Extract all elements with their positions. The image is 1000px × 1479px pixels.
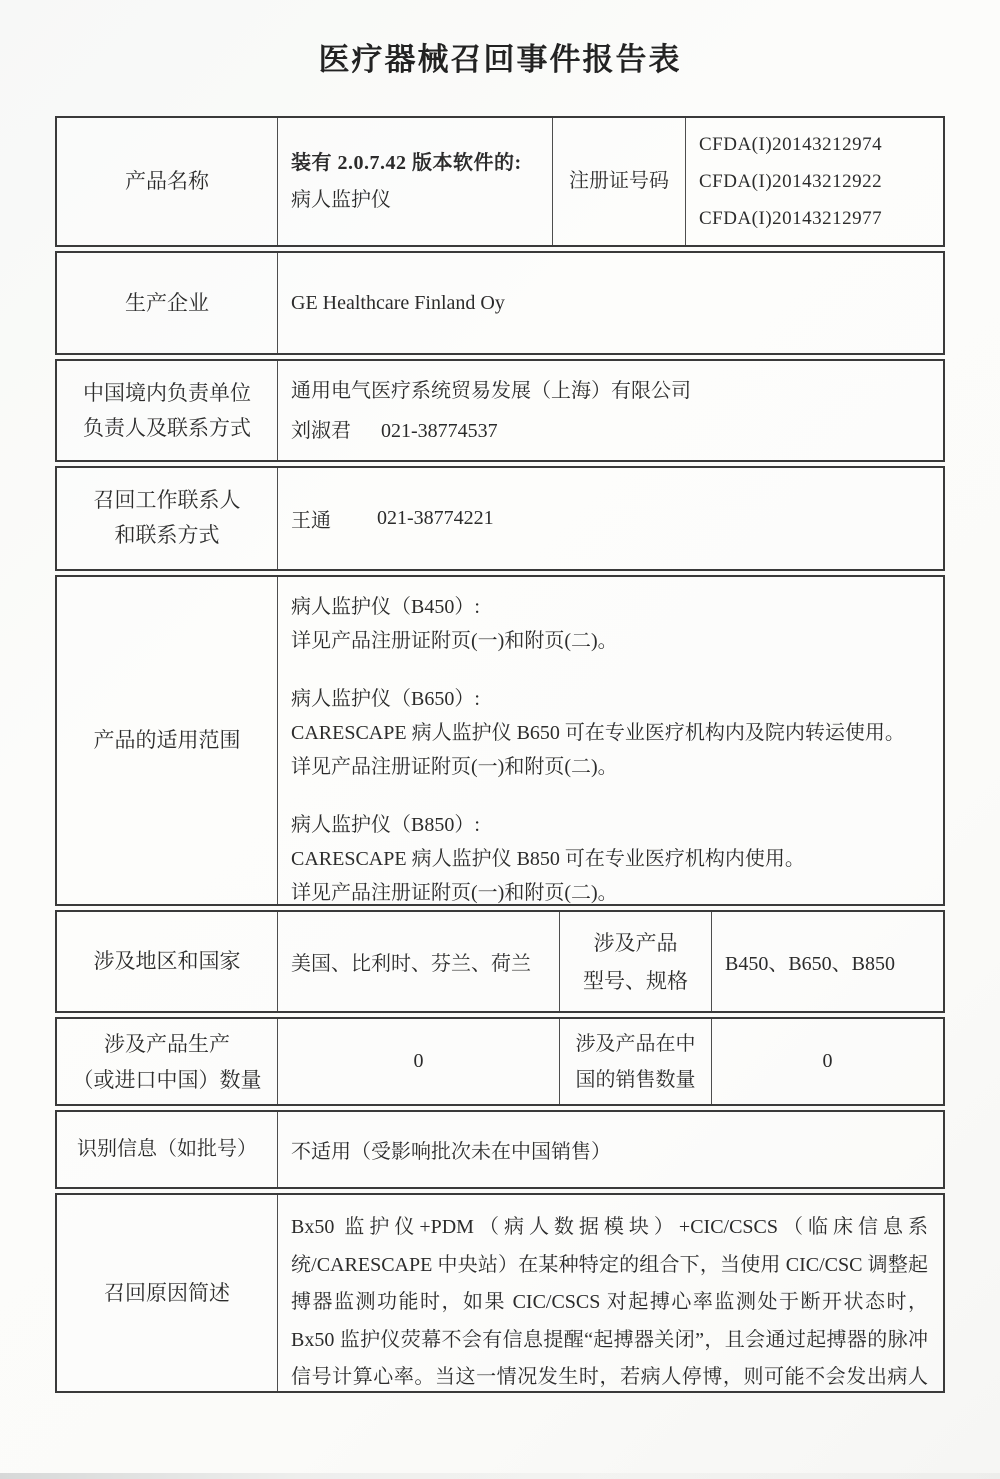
scope-line: 详见产品注册证附页(一)和附页(二)。 <box>291 750 933 784</box>
table-row-regions: 涉及地区和国家 美国、比利时、芬兰、荷兰 涉及产品 型号、规格 B450、B65… <box>55 910 945 1013</box>
recall-contact-phone: 021-38774221 <box>377 507 494 530</box>
production-qty-label-line1: 涉及产品生产 <box>104 1026 230 1062</box>
reason-value: Bx50 监护仪+PDM（病人数据模块）+CIC/CSCS（临床信息系统/CAR… <box>277 1195 943 1391</box>
product-name-label: 产品名称 <box>57 118 277 245</box>
recall-contact-label: 召回工作联系人 和联系方式 <box>57 468 277 569</box>
scope-line <box>291 658 933 682</box>
scope-value: 病人监护仪（B450）: 详见产品注册证附页(一)和附页(二)。 病人监护仪（B… <box>277 577 943 904</box>
recall-contact-label-line1: 召回工作联系人 <box>94 483 241 518</box>
models-label: 涉及产品 型号、规格 <box>559 912 711 1011</box>
regions-label: 涉及地区和国家 <box>57 912 277 1011</box>
table-row-china-agent: 中国境内负责单位 负责人及联系方式 通用电气医疗系统贸易发展（上海）有限公司 刘… <box>55 359 945 462</box>
registration-number: CFDA(I)20143212922 <box>699 163 943 200</box>
recall-contact-value: 王通021-38774221 <box>277 468 943 569</box>
reason-label: 召回原因简述 <box>57 1195 277 1391</box>
china-agent-contact: 刘淑君021-38774537 <box>291 411 943 451</box>
scanned-report-page: 医疗器械召回事件报告表 产品名称 装有 2.0.7.42 版本软件的: 病人监护… <box>0 0 1000 1479</box>
china-agent-value: 通用电气医疗系统贸易发展（上海）有限公司 刘淑君021-38774537 <box>277 361 943 460</box>
table-row-quantities: 涉及产品生产 （或进口中国）数量 0 涉及产品在中 国的销售数量 0 <box>55 1017 945 1106</box>
models-value: B450、B650、B850 <box>711 912 943 1011</box>
recall-report-table: 产品名称 装有 2.0.7.42 版本软件的: 病人监护仪 注册证号码 CFDA… <box>55 116 945 1393</box>
table-row-reason: 召回原因简述 Bx50 监护仪+PDM（病人数据模块）+CIC/CSCS（临床信… <box>55 1193 945 1393</box>
sales-qty-label-line1: 涉及产品在中 <box>576 1026 696 1062</box>
china-agent-label-line2: 负责人及联系方式 <box>83 411 251 446</box>
table-row-recall-contact: 召回工作联系人 和联系方式 王通021-38774221 <box>55 466 945 571</box>
production-qty-label-line2: （或进口中国）数量 <box>73 1062 262 1098</box>
identification-label: 识别信息（如批号） <box>57 1112 277 1187</box>
identification-value: 不适用（受影响批次未在中国销售） <box>277 1112 943 1187</box>
table-row-identification: 识别信息（如批号） 不适用（受影响批次未在中国销售） <box>55 1110 945 1189</box>
models-label-line2: 型号、规格 <box>583 962 688 1000</box>
scope-label: 产品的适用范围 <box>57 577 277 904</box>
product-name-value: 装有 2.0.7.42 版本软件的: 病人监护仪 <box>277 118 552 245</box>
production-qty-label: 涉及产品生产 （或进口中国）数量 <box>57 1019 277 1104</box>
china-agent-label: 中国境内负责单位 负责人及联系方式 <box>57 361 277 460</box>
scope-line <box>291 784 933 808</box>
manufacturer-label: 生产企业 <box>57 253 277 353</box>
product-type: 病人监护仪 <box>291 182 552 219</box>
production-qty-value: 0 <box>277 1019 559 1104</box>
scope-line: CARESCAPE 病人监护仪 B850 可在专业医疗机构内使用。 <box>291 842 933 876</box>
regions-value: 美国、比利时、芬兰、荷兰 <box>277 912 559 1011</box>
sales-qty-label: 涉及产品在中 国的销售数量 <box>559 1019 711 1104</box>
scope-line: 病人监护仪（B650）: <box>291 682 933 716</box>
registration-number: CFDA(I)20143212977 <box>699 200 943 237</box>
scope-line: 详见产品注册证附页(一)和附页(二)。 <box>291 876 933 904</box>
recall-contact-label-line2: 和联系方式 <box>115 518 220 553</box>
registration-numbers: CFDA(I)20143212974 CFDA(I)20143212922 CF… <box>685 118 943 245</box>
scope-line: 详见产品注册证附页(一)和附页(二)。 <box>291 624 933 658</box>
table-row-scope: 产品的适用范围 病人监护仪（B450）: 详见产品注册证附页(一)和附页(二)。… <box>55 575 945 906</box>
recall-contact-name: 王通 <box>291 504 331 533</box>
page-title: 医疗器械召回事件报告表 <box>0 34 1000 79</box>
models-label-line1: 涉及产品 <box>594 924 678 962</box>
scope-line: CARESCAPE 病人监护仪 B650 可在专业医疗机构内及院内转运使用。 <box>291 716 933 750</box>
scope-line: 病人监护仪（B450）: <box>291 590 933 624</box>
manufacturer-value: GE Healthcare Finland Oy <box>277 253 943 353</box>
sales-qty-value: 0 <box>711 1019 943 1104</box>
china-agent-contact-name: 刘淑君 <box>291 420 351 442</box>
registration-number-label: 注册证号码 <box>552 118 685 245</box>
product-software-version: 装有 2.0.7.42 版本软件的: <box>291 145 552 182</box>
china-agent-label-line1: 中国境内负责单位 <box>83 376 251 411</box>
table-row-manufacturer: 生产企业 GE Healthcare Finland Oy <box>55 251 945 355</box>
china-agent-contact-phone: 021-38774537 <box>381 420 498 442</box>
sales-qty-label-line2: 国的销售数量 <box>576 1062 696 1098</box>
china-agent-company: 通用电气医疗系统贸易发展（上海）有限公司 <box>291 371 943 411</box>
table-row-product-name: 产品名称 装有 2.0.7.42 版本软件的: 病人监护仪 注册证号码 CFDA… <box>55 116 945 247</box>
registration-number: CFDA(I)20143212974 <box>699 126 943 163</box>
scope-line: 病人监护仪（B850）: <box>291 808 933 842</box>
